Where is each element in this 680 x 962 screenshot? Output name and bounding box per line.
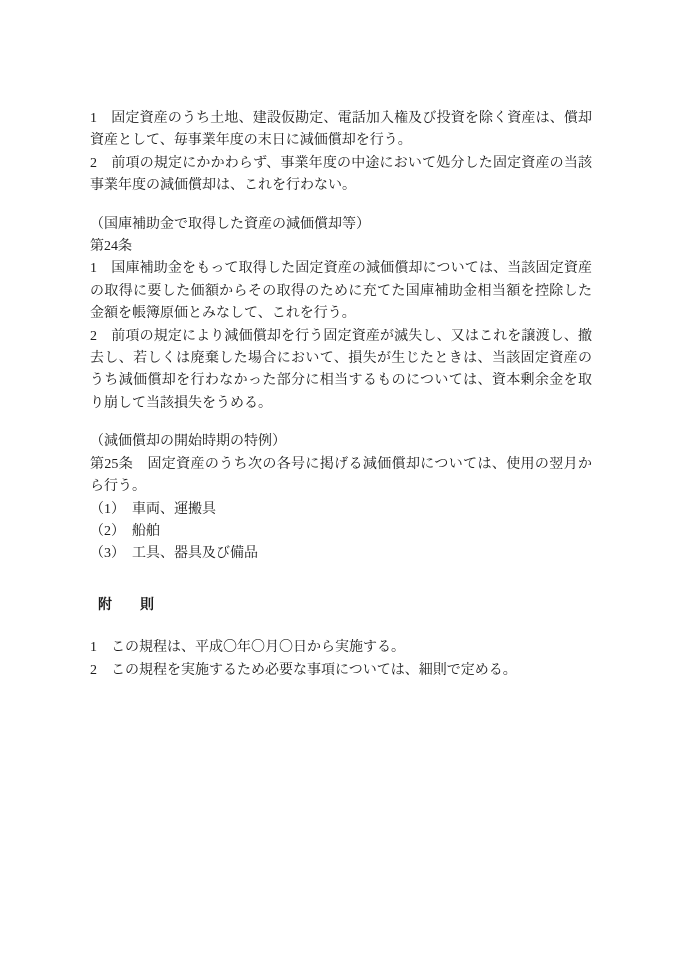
document-body: 1 固定資産のうち土地、建設仮勘定、電話加入権及び投資を除く資産は、償却資産とし… <box>90 0 592 682</box>
article24-paragraph-1: 1 国庫補助金をもって取得した固定資産の減価償却については、当該固定資産の取得に… <box>90 258 592 325</box>
article24-caption: （国庫補助金で取得した資産の減価償却等） <box>90 214 592 236</box>
article23-paragraph-1: 1 固定資産のうち土地、建設仮勘定、電話加入権及び投資を除く資産は、償却資産とし… <box>90 108 592 153</box>
article25-item-2: （2） 船舶 <box>90 521 592 543</box>
article25-caption: （減価償却の開始時期の特例） <box>90 431 592 453</box>
appendix-paragraph-1: 1 この規程は、平成〇年〇月〇日から実施する。 <box>90 637 592 659</box>
article25-item-3: （3） 工具、器具及び備品 <box>90 543 592 565</box>
appendix-heading: 附 則 <box>90 595 592 617</box>
article23-paragraph-2: 2 前項の規定にかかわらず、事業年度の中途において処分した固定資産の当該事業年度… <box>90 153 592 198</box>
article25-item-1: （1） 車両、運搬具 <box>90 499 592 521</box>
article24-label: 第24条 <box>90 236 592 258</box>
appendix-paragraph-2: 2 この規程を実施するため必要な事項については、細則で定める。 <box>90 660 592 682</box>
article25-body: 第25条 固定資産のうち次の各号に掲げる減価償却については、使用の翌月から行う。 <box>90 454 592 499</box>
article24-paragraph-2: 2 前項の規定により減価償却を行う固定資産が滅失し、又はこれを譲渡し、撤去し、若… <box>90 326 592 416</box>
document-page: 1 固定資産のうち土地、建設仮勘定、電話加入権及び投資を除く資産は、償却資産とし… <box>0 0 680 962</box>
